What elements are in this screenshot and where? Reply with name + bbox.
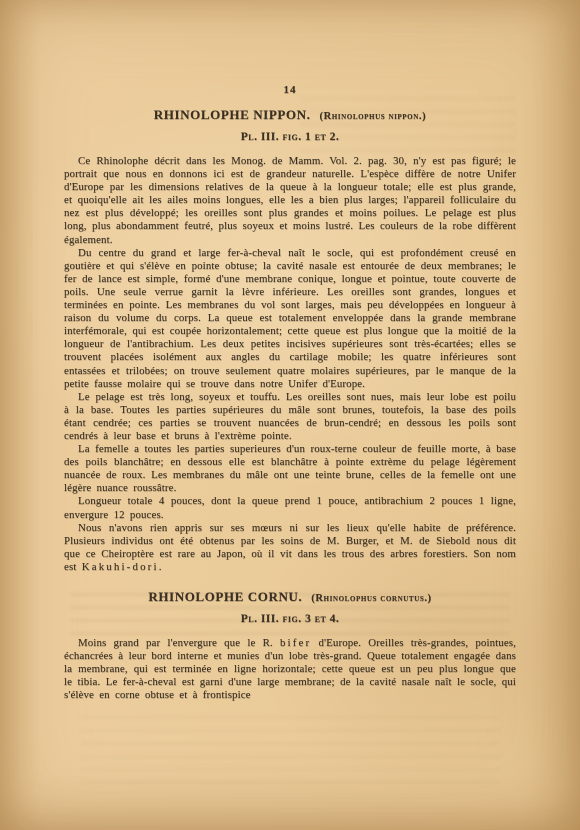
page-content: 14 RHINOLOPHE NIPPON.(Rhinolophus nippon… [64, 84, 516, 702]
section-rhinolophe-nippon: RHINOLOPHE NIPPON.(Rhinolophus nippon.) … [64, 106, 516, 574]
body-paragraph: Le pelage est très long, soyeux et touff… [64, 391, 516, 443]
paragraph-text: Moins grand par l'envergure que le R. [78, 637, 280, 649]
body-paragraph: Ce Rhinolophe décrit dans les Monog. de … [64, 155, 516, 247]
species-heading-line: RHINOLOPHE NIPPON.(Rhinolophus nippon.) [64, 106, 516, 124]
plate-reference: Pl. III. fig. 3 et 4. [64, 613, 516, 625]
species-latin-name: (Rhinolophus cornutus.) [311, 593, 431, 604]
plate-reference: Pl. III. fig. 1 et 2. [64, 131, 516, 143]
species-heading: RHINOLOPHE CORNU. [148, 589, 302, 604]
page-number: 14 [64, 84, 516, 96]
bleed-through-texture [80, 715, 500, 795]
body-paragraph: Nous n'avons rien appris sur ses mœurs n… [64, 522, 516, 574]
body-paragraph: Du centre du grand et large fer-à-cheval… [64, 247, 516, 391]
body-paragraph: La femelle a toutes les parties superieu… [64, 443, 516, 495]
section-rhinolophe-cornu: RHINOLOPHE CORNU.(Rhinolophus cornutus.)… [64, 588, 516, 702]
emphasized-species-epithet: bifer [280, 637, 311, 649]
body-paragraph: Moins grand par l'envergure que le R. bi… [64, 637, 516, 702]
species-heading-line: RHINOLOPHE CORNU.(Rhinolophus cornutus.) [64, 588, 516, 606]
species-latin-name: (Rhinolophus nippon.) [319, 111, 426, 122]
scanned-book-page: 14 RHINOLOPHE NIPPON.(Rhinolophus nippon… [0, 0, 580, 830]
species-heading: RHINOLOPHE NIPPON. [154, 107, 311, 122]
emphasized-vernacular-name: Kakuhi-dori [82, 561, 159, 573]
body-paragraph-measurements: Longueur totale 4 pouces, dont la queue … [64, 495, 516, 521]
paragraph-text: . [159, 561, 162, 573]
